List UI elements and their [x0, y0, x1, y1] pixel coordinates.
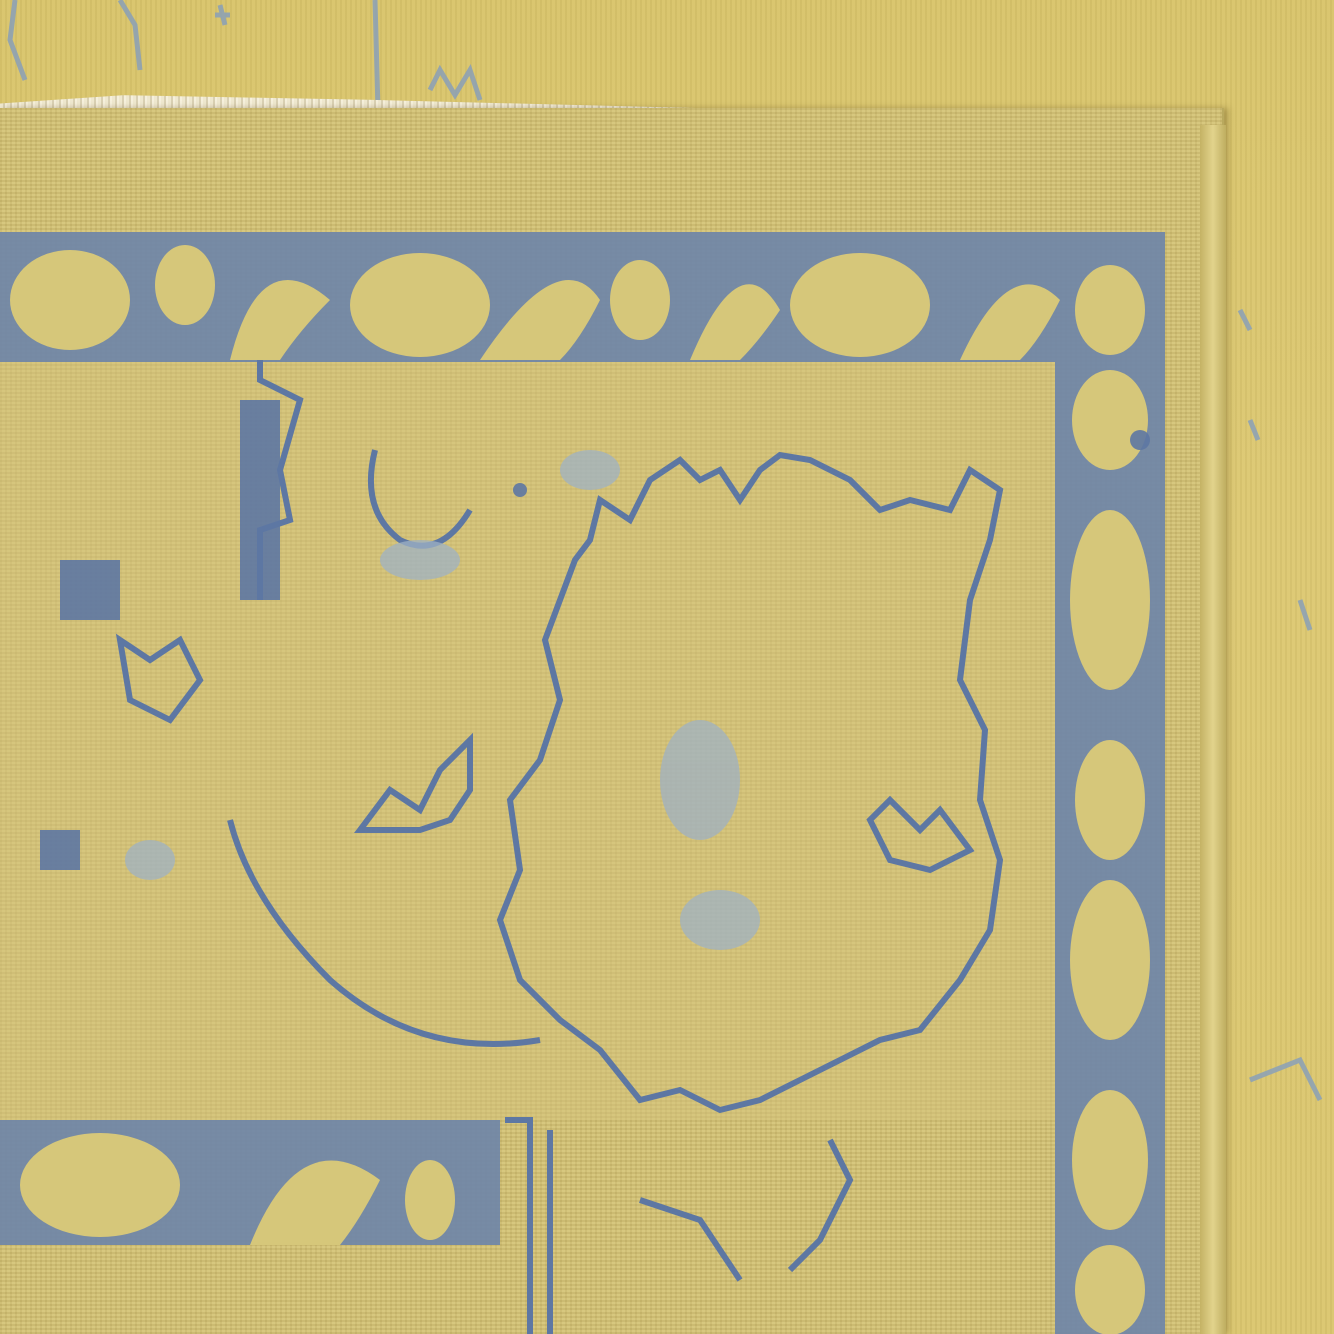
rug-photo — [0, 0, 1334, 1334]
rug-pattern — [0, 0, 1334, 1334]
